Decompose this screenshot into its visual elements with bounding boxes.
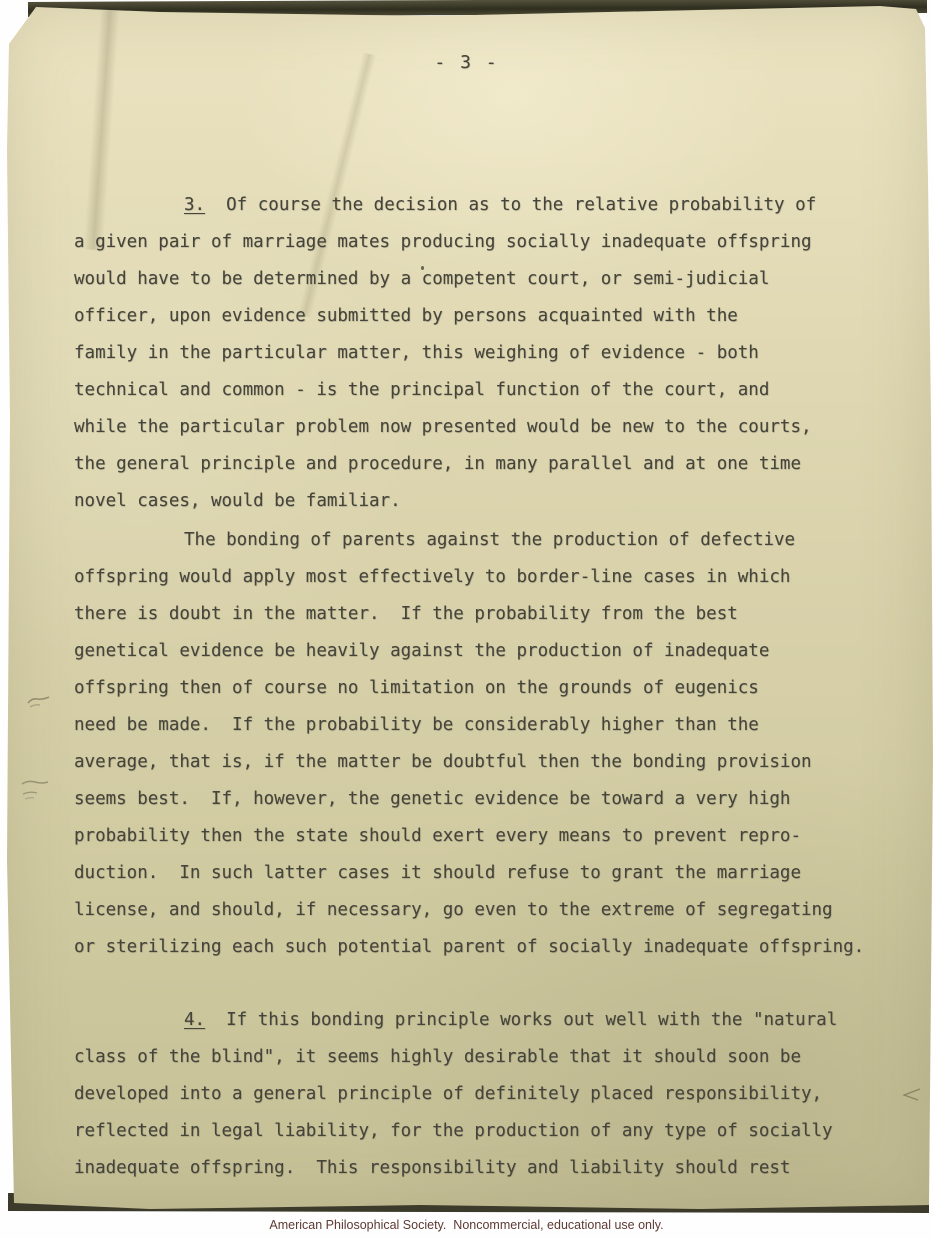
paragraph-number: 4. (184, 1010, 205, 1030)
text-line: 3. Of course the decision as to the rela… (74, 187, 864, 224)
paragraph: The bonding of parents against the produ… (74, 522, 864, 966)
text-line: there is doubt in the matter. If the pro… (74, 596, 864, 633)
text-line: class of the blind", it seems highly des… (74, 1039, 864, 1076)
text-line: average, that is, if the matter be doubt… (74, 744, 864, 781)
paragraph: 3. Of course the decision as to the rela… (74, 187, 864, 520)
text-line: duction. In such latter cases it should … (74, 855, 864, 892)
footer-attribution: American Philosophical Society. Noncomme… (0, 1218, 933, 1232)
paragraph: 4. If this bonding principle works out w… (74, 1002, 864, 1187)
text-line: need be made. If the probability be cons… (74, 707, 864, 744)
text-line: developed into a general principle of de… (74, 1076, 864, 1113)
text-line: license, and should, if necessary, go ev… (74, 892, 864, 929)
text-line: or sterilizing each such potential paren… (74, 929, 864, 966)
margin-pencil-mark (26, 694, 52, 714)
text-line: offspring then of course no limitation o… (74, 670, 864, 707)
text-line: reflected in legal liability, for the pr… (74, 1113, 864, 1150)
text-line: while the particular problem now present… (74, 409, 864, 446)
text-line: seems best. If, however, the genetic evi… (74, 781, 864, 818)
text-line: novel cases, would be familiar. (74, 483, 864, 520)
text-line: 4. If this bonding principle works out w… (74, 1002, 864, 1039)
paragraph-number: 3. (184, 195, 205, 215)
paper-sheet: - 3 - 3. Of course the decision as to th… (0, 0, 933, 1216)
margin-check-mark (900, 1086, 922, 1108)
text-line: the general principle and procedure, in … (74, 446, 864, 483)
page-number: - 3 - (0, 52, 933, 73)
text-line: officer, upon evidence submitted by pers… (74, 298, 864, 335)
text-line: family in the particular matter, this we… (74, 335, 864, 372)
text-line: would have to be determined by a compete… (74, 261, 864, 298)
margin-pencil-mark (20, 778, 50, 806)
text-line: a given pair of marriage mates producing… (74, 224, 864, 261)
text-line: technical and common - is the principal … (74, 372, 864, 409)
text-line: The bonding of parents against the produ… (74, 522, 864, 559)
text-line: offspring would apply most effectively t… (74, 559, 864, 596)
ink-speck (421, 266, 424, 270)
scanned-document: - 3 - 3. Of course the decision as to th… (0, 0, 933, 1238)
text-line: inadequate offspring. This responsibilit… (74, 1150, 864, 1187)
document-body: 3. Of course the decision as to the rela… (74, 187, 864, 1187)
text-line: genetical evidence be heavily against th… (74, 633, 864, 670)
text-line: probability then the state should exert … (74, 818, 864, 855)
